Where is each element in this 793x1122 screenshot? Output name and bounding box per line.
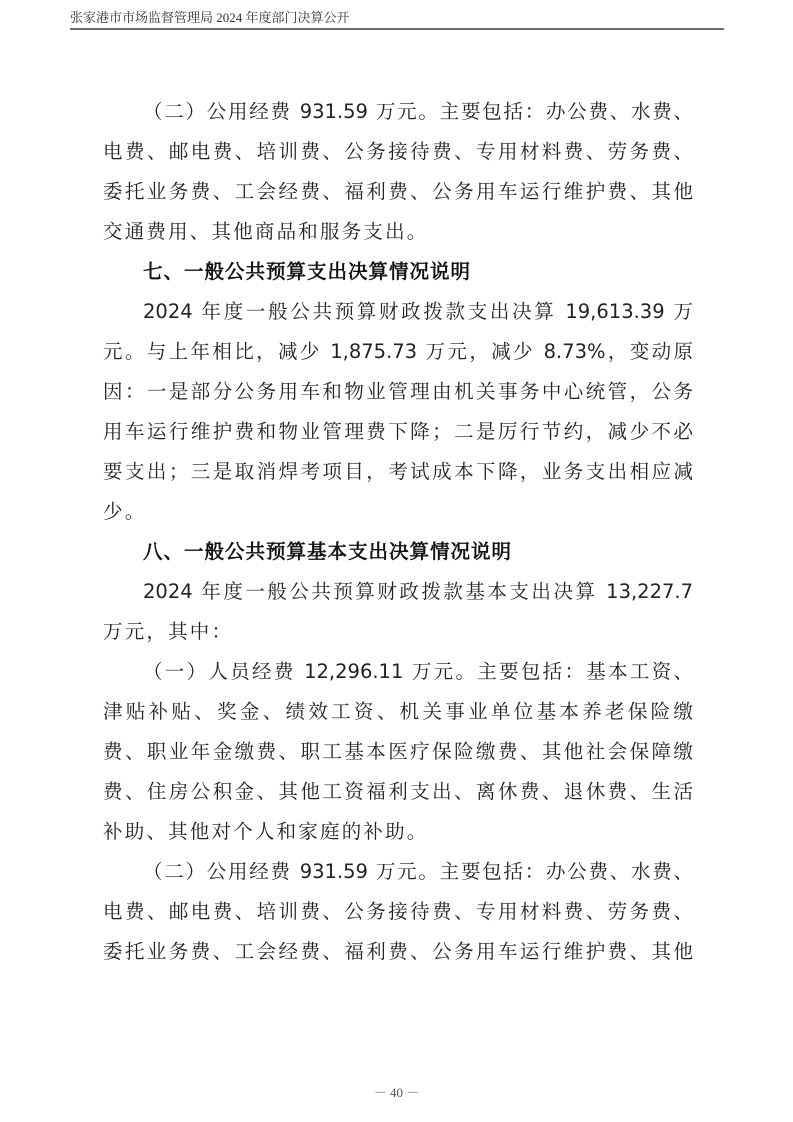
text-line: （一）人员经费 12,296.11 万元。主要包括：基本工资、 [103,652,693,692]
text-line: 电费、邮电费、培训费、公务接待费、专用材料费、劳务费、 [103,132,693,172]
page-number: － 40 － [0,1082,793,1101]
header-divider [70,28,724,30]
section-heading: 八、一般公共预算基本支出决算情况说明 [103,532,693,572]
text-line: 费、职业年金缴费、职工基本医疗保险缴费、其他社会保障缴 [103,732,693,772]
header-title: 张家港市市场监督管理局 2024 年度部门决算公开 [70,10,724,26]
text-line: 津贴补贴、奖金、绩效工资、机关事业单位基本养老保险缴 [103,692,693,732]
text-line: 委托业务费、工会经费、福利费、公务用车运行维护费、其他 [103,932,693,972]
text-line: （二）公用经费 931.59 万元。主要包括：办公费、水费、 [103,852,693,892]
page-header: 张家港市市场监督管理局 2024 年度部门决算公开 [70,10,724,26]
text-line: 因：一是部分公务用车和物业管理由机关事务中心统管，公务 [103,372,693,412]
text-line: 元。与上年相比，减少 1,875.73 万元，减少 8.73%，变动原 [103,332,693,372]
text-line: 万元，其中： [103,612,693,652]
text-line: 补助、其他对个人和家庭的补助。 [103,812,693,852]
text-line: 交通费用、其他商品和服务支出。 [103,212,693,252]
document-body: （二）公用经费 931.59 万元。主要包括：办公费、水费、 电费、邮电费、培训… [103,92,693,972]
text-line: （二）公用经费 931.59 万元。主要包括：办公费、水费、 [103,92,693,132]
section-heading: 七、一般公共预算支出决算情况说明 [103,252,693,292]
text-line: 少。 [103,492,693,532]
text-line: 用车运行维护费和物业管理费下降；二是厉行节约，减少不必 [103,412,693,452]
text-line: 费、住房公积金、其他工资福利支出、离休费、退休费、生活 [103,772,693,812]
text-line: 2024 年度一般公共预算财政拨款基本支出决算 13,227.7 [103,572,693,612]
text-line: 电费、邮电费、培训费、公务接待费、专用材料费、劳务费、 [103,892,693,932]
text-line: 委托业务费、工会经费、福利费、公务用车运行维护费、其他 [103,172,693,212]
text-line: 2024 年度一般公共预算财政拨款支出决算 19,613.39 万 [103,292,693,332]
text-line: 要支出；三是取消焊考项目，考试成本下降，业务支出相应减 [103,452,693,492]
